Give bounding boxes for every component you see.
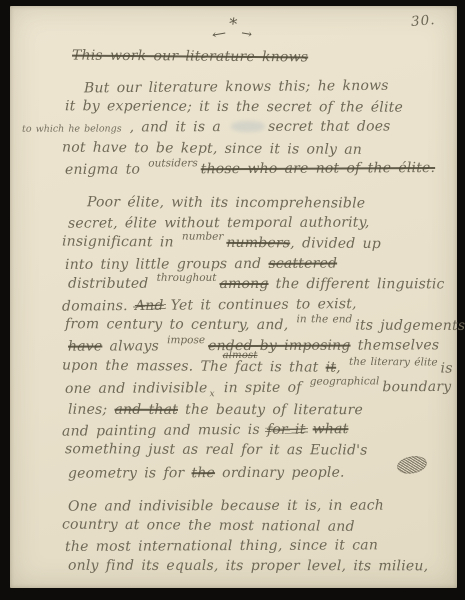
- text-segment: boundary: [382, 379, 451, 395]
- manuscript-line: into tiny little groups and scattered: [65, 253, 431, 275]
- margin-note: to which he belongs: [22, 123, 122, 134]
- struck-text: what: [313, 421, 349, 437]
- manuscript-line: it by experience; it is the secret of th…: [65, 96, 431, 118]
- inserted-word: outsiders: [148, 157, 197, 169]
- text-segment: from century to century, and,: [65, 316, 296, 333]
- text-segment: not have to be kept, since it is only an: [62, 140, 362, 158]
- manuscript-line: from century to century, and, in the end…: [65, 314, 431, 337]
- manuscript-line: only find its equals, its proper level, …: [68, 556, 431, 577]
- scribbled-text: for it: [267, 419, 306, 439]
- text-segment: enigma to: [65, 162, 147, 178]
- text-segment: lines;: [68, 402, 115, 418]
- manuscript-line: Poor élite, with its incomprehensible: [65, 192, 431, 214]
- text-segment: one and indivisible: [65, 380, 208, 397]
- manuscript-line: lines; and that the beauty of literature: [68, 400, 431, 421]
- inserted-word: the literary élite: [349, 356, 438, 369]
- text-segment: , divided up: [290, 235, 381, 252]
- struck-text: This work our literature knows: [72, 48, 308, 66]
- text-segment: it by experience; it is the secret of th…: [65, 98, 403, 115]
- paragraph: Poor élite, with its incomprehensiblesec…: [62, 193, 431, 483]
- manuscript-line: one and indivisiblex in spite of geograp…: [65, 377, 431, 401]
- erased-smudge: [231, 121, 265, 132]
- text-segment: themselves: [351, 337, 440, 353]
- text-segment: insignificant in: [62, 234, 181, 251]
- text-segment: its judgements: [355, 317, 465, 333]
- manuscript-line: geometry is for the ordinary people.: [68, 459, 431, 483]
- text-segment: the beauty of literature: [178, 402, 363, 418]
- deleted-heading: This work our literature knows: [72, 47, 431, 67]
- paragraph: One and indivisible because it is, in ea…: [62, 496, 431, 576]
- text-segment: the different linguistic: [269, 276, 445, 292]
- editorial-marks: ∗ ←→: [10, 14, 457, 41]
- asterisk-mark: ∗: [227, 13, 240, 27]
- paragraph: But our literature knows this; he knowsi…: [62, 77, 431, 180]
- text-segment: One and indivisible because it is, in ea…: [68, 498, 384, 515]
- struck-text: among: [219, 276, 268, 292]
- text-segment: is: [441, 361, 453, 377]
- manuscript-line: and painting and music is for it what: [62, 418, 431, 441]
- inserted-word: impose: [167, 334, 205, 346]
- struck-text: numbers: [226, 235, 290, 252]
- caret-mark: x: [209, 389, 214, 399]
- manuscript-page: 30. ∗ ←→ This work our literature knows …: [10, 6, 457, 588]
- text-segment: , and it is a: [130, 119, 229, 135]
- inserted-word: in the end: [297, 313, 353, 325]
- right-arrow-mark: →: [239, 27, 254, 42]
- text-segment: country at once the most national and: [62, 517, 355, 535]
- text-segment: and painting and music is: [62, 422, 267, 440]
- struck-text: have: [68, 339, 102, 355]
- text-segment: ,: [336, 360, 348, 376]
- text-segment: Poor élite, with its incomprehensible: [87, 194, 365, 211]
- text-segment: distributed: [68, 276, 156, 292]
- text-segment: Yet it continues to exist,: [164, 296, 357, 314]
- manuscript-line: domains. And Yet it continues to exist,: [62, 293, 431, 316]
- struck-text: it: [326, 360, 337, 376]
- manuscript-line: country at once the most national and: [62, 515, 431, 538]
- manuscript-line: enigma to outsidersthose who are not of …: [65, 158, 431, 181]
- manuscript-line: distributed throughoutamong the differen…: [68, 274, 431, 296]
- inserted-word: throughout: [157, 272, 217, 284]
- text-segment: ordinary people.: [215, 465, 345, 481]
- manuscript-line: secret, élite without temporal authority…: [68, 212, 431, 233]
- text-segment: something just as real for it as Euclid'…: [65, 441, 368, 458]
- page-number: 30.: [410, 12, 436, 30]
- inserted-word: number: [182, 230, 224, 242]
- text-segment: geometry is for: [68, 465, 192, 481]
- text-segment: secret, élite without temporal authority…: [68, 215, 370, 232]
- left-arrow-mark: ←: [210, 27, 229, 43]
- text-segment: into tiny little groups and: [65, 256, 269, 273]
- struck-text: and that: [115, 402, 179, 418]
- text-segment: only find its equals, its proper level, …: [68, 558, 428, 575]
- manuscript-content: This work our literature knows But our l…: [10, 47, 457, 576]
- manuscript-line: insignificant in numbernumbers, divided …: [62, 232, 431, 256]
- manuscript-line: to which he belongs, and it is a secret …: [68, 116, 431, 139]
- text-segment: domains.: [62, 298, 135, 315]
- manuscript-body: But our literature knows this; he knowsi…: [62, 77, 431, 576]
- text-segment: upon the masses. The fact is that: [62, 358, 326, 376]
- manuscript-line: something just as real for it as Euclid'…: [65, 439, 431, 461]
- text-segment: But our literature knows this; he knows: [84, 78, 389, 97]
- manuscript-line: not have to be kept, since it is only an: [62, 138, 431, 161]
- manuscript-line: But our literature knows this; he knows: [62, 75, 431, 98]
- manuscript-line: This work our literature knows: [72, 46, 431, 69]
- inserted-word: geographical: [310, 375, 380, 387]
- scribbled-text: And: [135, 296, 164, 316]
- manuscript-line: have always imposeended by imposingalmos…: [68, 335, 431, 357]
- text-segment: the most international thing, since it c…: [65, 537, 378, 555]
- struck-text: the: [191, 465, 215, 481]
- text-segment: in spite of: [217, 380, 309, 396]
- struck-text: those who are not of the élite.: [201, 160, 435, 177]
- manuscript-line: One and indivisible because it is, in ea…: [68, 495, 431, 516]
- manuscript-line: the most international thing, since it c…: [65, 535, 431, 557]
- struck-text: scattered: [268, 256, 337, 272]
- text-segment: secret that does: [268, 119, 391, 135]
- text-segment: always: [102, 338, 166, 354]
